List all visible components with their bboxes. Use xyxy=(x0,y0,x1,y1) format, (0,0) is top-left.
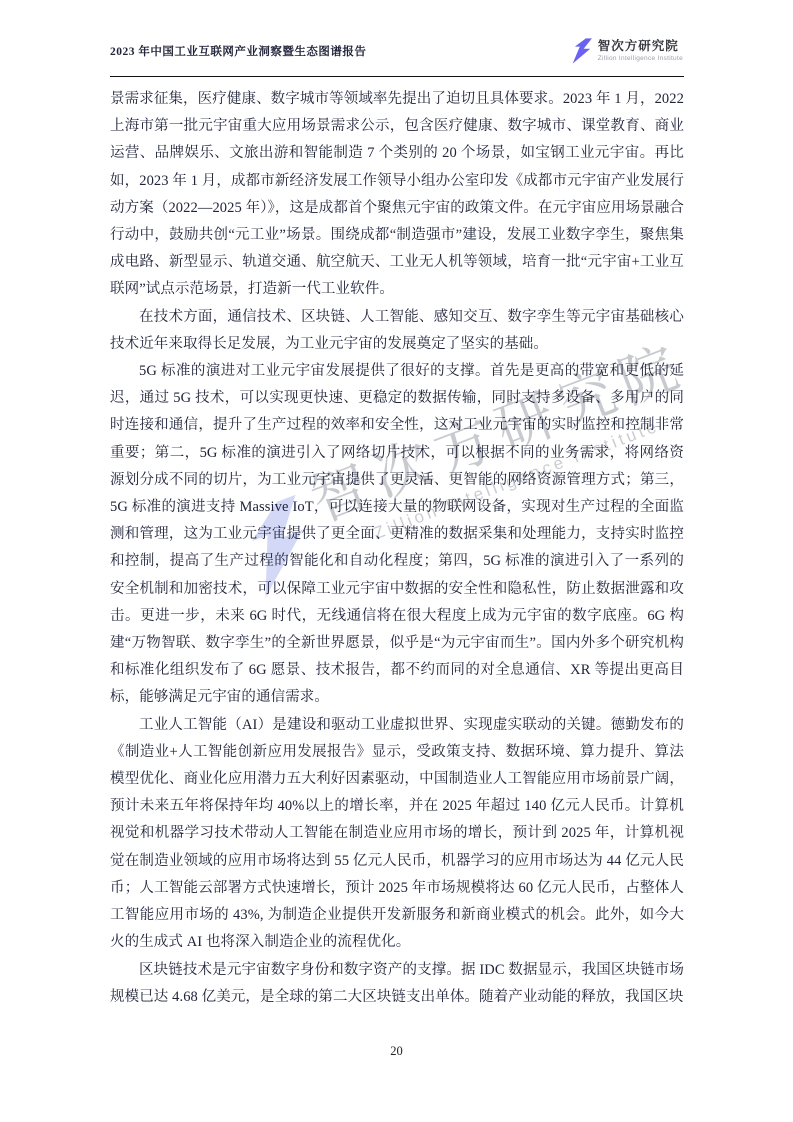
logo-name: 智次方研究院 xyxy=(598,40,683,54)
logo-text-block: 智次方研究院 Zillion Intelligence Institute xyxy=(598,40,683,62)
paragraph: 5G 标准的演进对工业元宇宙发展提供了很好的支撑。首先是更高的带宽和更低的延迟，… xyxy=(110,358,684,712)
paragraph: 区块链技术是元宇宙数字身份和数字资产的支撑。据 IDC 数据显示，我国区块链市场… xyxy=(110,957,684,1011)
document-page: 智次方研究院 Zillion Intelligence Institute 20… xyxy=(0,0,793,1122)
page-number: 20 xyxy=(390,1044,403,1058)
page-header: 2023 年中国工业互联网产业洞察暨生态图谱报告 智次方研究院 Zillion … xyxy=(0,0,793,65)
paragraph: 景需求征集，医疗健康、数字城市等领域率先提出了迫切且具体要求。2023 年 1 … xyxy=(110,86,684,304)
body-text: 景需求征集，医疗健康、数字城市等领域率先提出了迫切且具体要求。2023 年 1 … xyxy=(0,77,793,1011)
report-title: 2023 年中国工业互联网产业洞察暨生态图谱报告 xyxy=(110,37,366,59)
paragraph: 在技术方面，通信技术、区块链、人工智能、感知交互、数字孪生等元宇宙基础核心技术近… xyxy=(110,304,684,358)
page-footer: 20 xyxy=(0,1042,793,1060)
publisher-logo: 智次方研究院 Zillion Intelligence Institute xyxy=(571,37,685,65)
paragraph: 工业人工智能（AI）是建设和驱动工业虚拟世界、实现虚实联动的关键。德勤发布的《制… xyxy=(110,712,684,957)
logo-subtitle: Zillion Intelligence Institute xyxy=(598,55,683,62)
zillion-logo-icon xyxy=(571,37,593,65)
